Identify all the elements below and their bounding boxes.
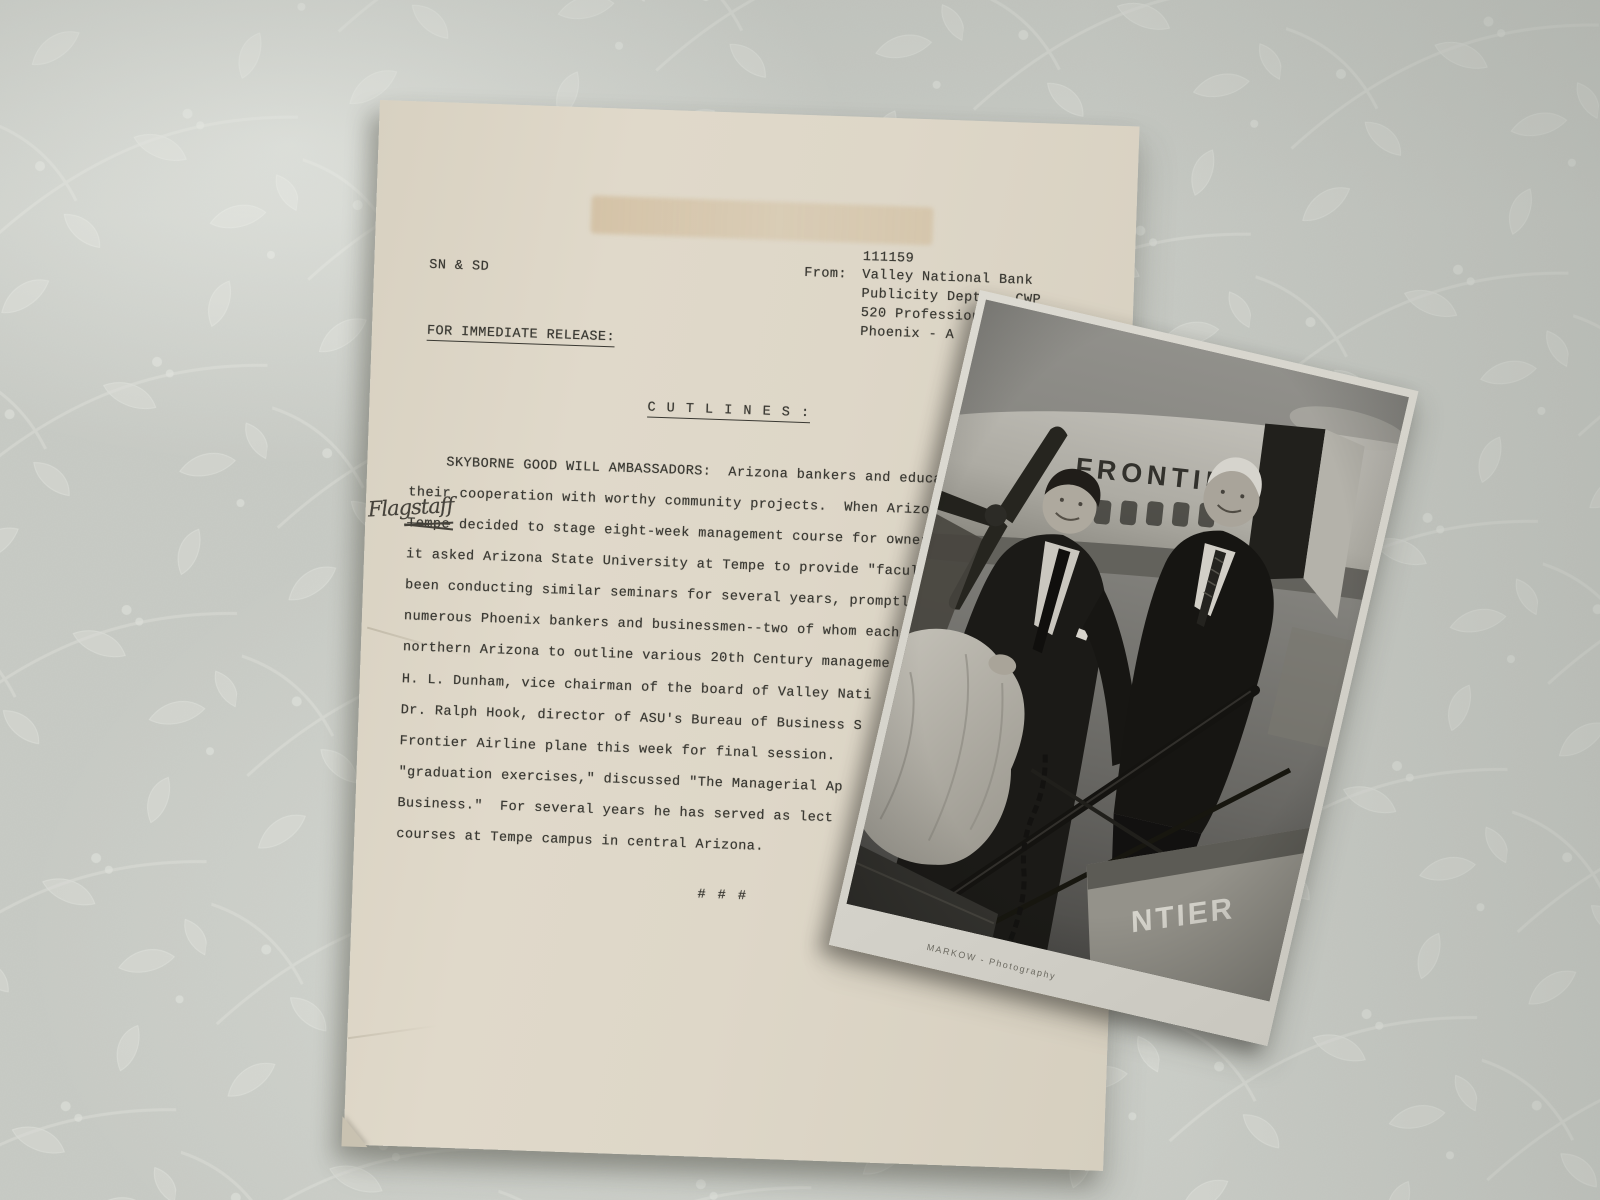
cutlines-heading: C U T L I N E S : [647, 401, 811, 424]
from-line: Phoenix - A [860, 325, 955, 343]
end-mark: # # # [697, 888, 748, 905]
body-line: numerous Phoenix bankers and businessmen… [404, 609, 900, 641]
folded-corner [341, 1116, 368, 1147]
body-line: decided to stage eight-week management c… [459, 518, 930, 549]
body-line: Business." For several years he has serv… [397, 796, 833, 826]
body-line: their cooperation with worthy community … [408, 485, 938, 518]
body-line: courses at Tempe campus in central Arizo… [396, 827, 764, 855]
from-line: Valley National Bank [862, 268, 1033, 289]
body-line: H. L. Dunham, vice chairman of the board… [402, 672, 873, 703]
handwritten-correction: Flagstaff [367, 493, 454, 521]
tape-stain [590, 195, 933, 245]
body-line: SKYBORNE GOOD WILL AMBASSADORS: Arizona … [409, 454, 951, 488]
body-line: Frontier Airline plane this week for fin… [399, 734, 835, 764]
body-line: northern Arizona to outline various 20th… [403, 640, 891, 672]
body-line: it asked Arizona State University at Tem… [406, 547, 919, 580]
body-line: Dr. Ralph Hook, director of ASU's Bureau… [400, 703, 862, 734]
body-line-with-correction: Tempedecided to stage eight-week managem… [407, 516, 929, 549]
scene: SN & SD 111159 From: Valley National Ban… [0, 0, 1600, 1200]
file-number: 111159 [863, 250, 915, 267]
paper-crease [348, 1025, 437, 1040]
document-slug: SN & SD [429, 258, 489, 275]
release-line: FOR IMMEDIATE RELEASE: [427, 324, 616, 348]
body-line: been conducting similar seminars for sev… [405, 578, 910, 611]
from-label: From: [804, 266, 847, 282]
body-line: "graduation exercises," discussed "The M… [398, 765, 843, 796]
